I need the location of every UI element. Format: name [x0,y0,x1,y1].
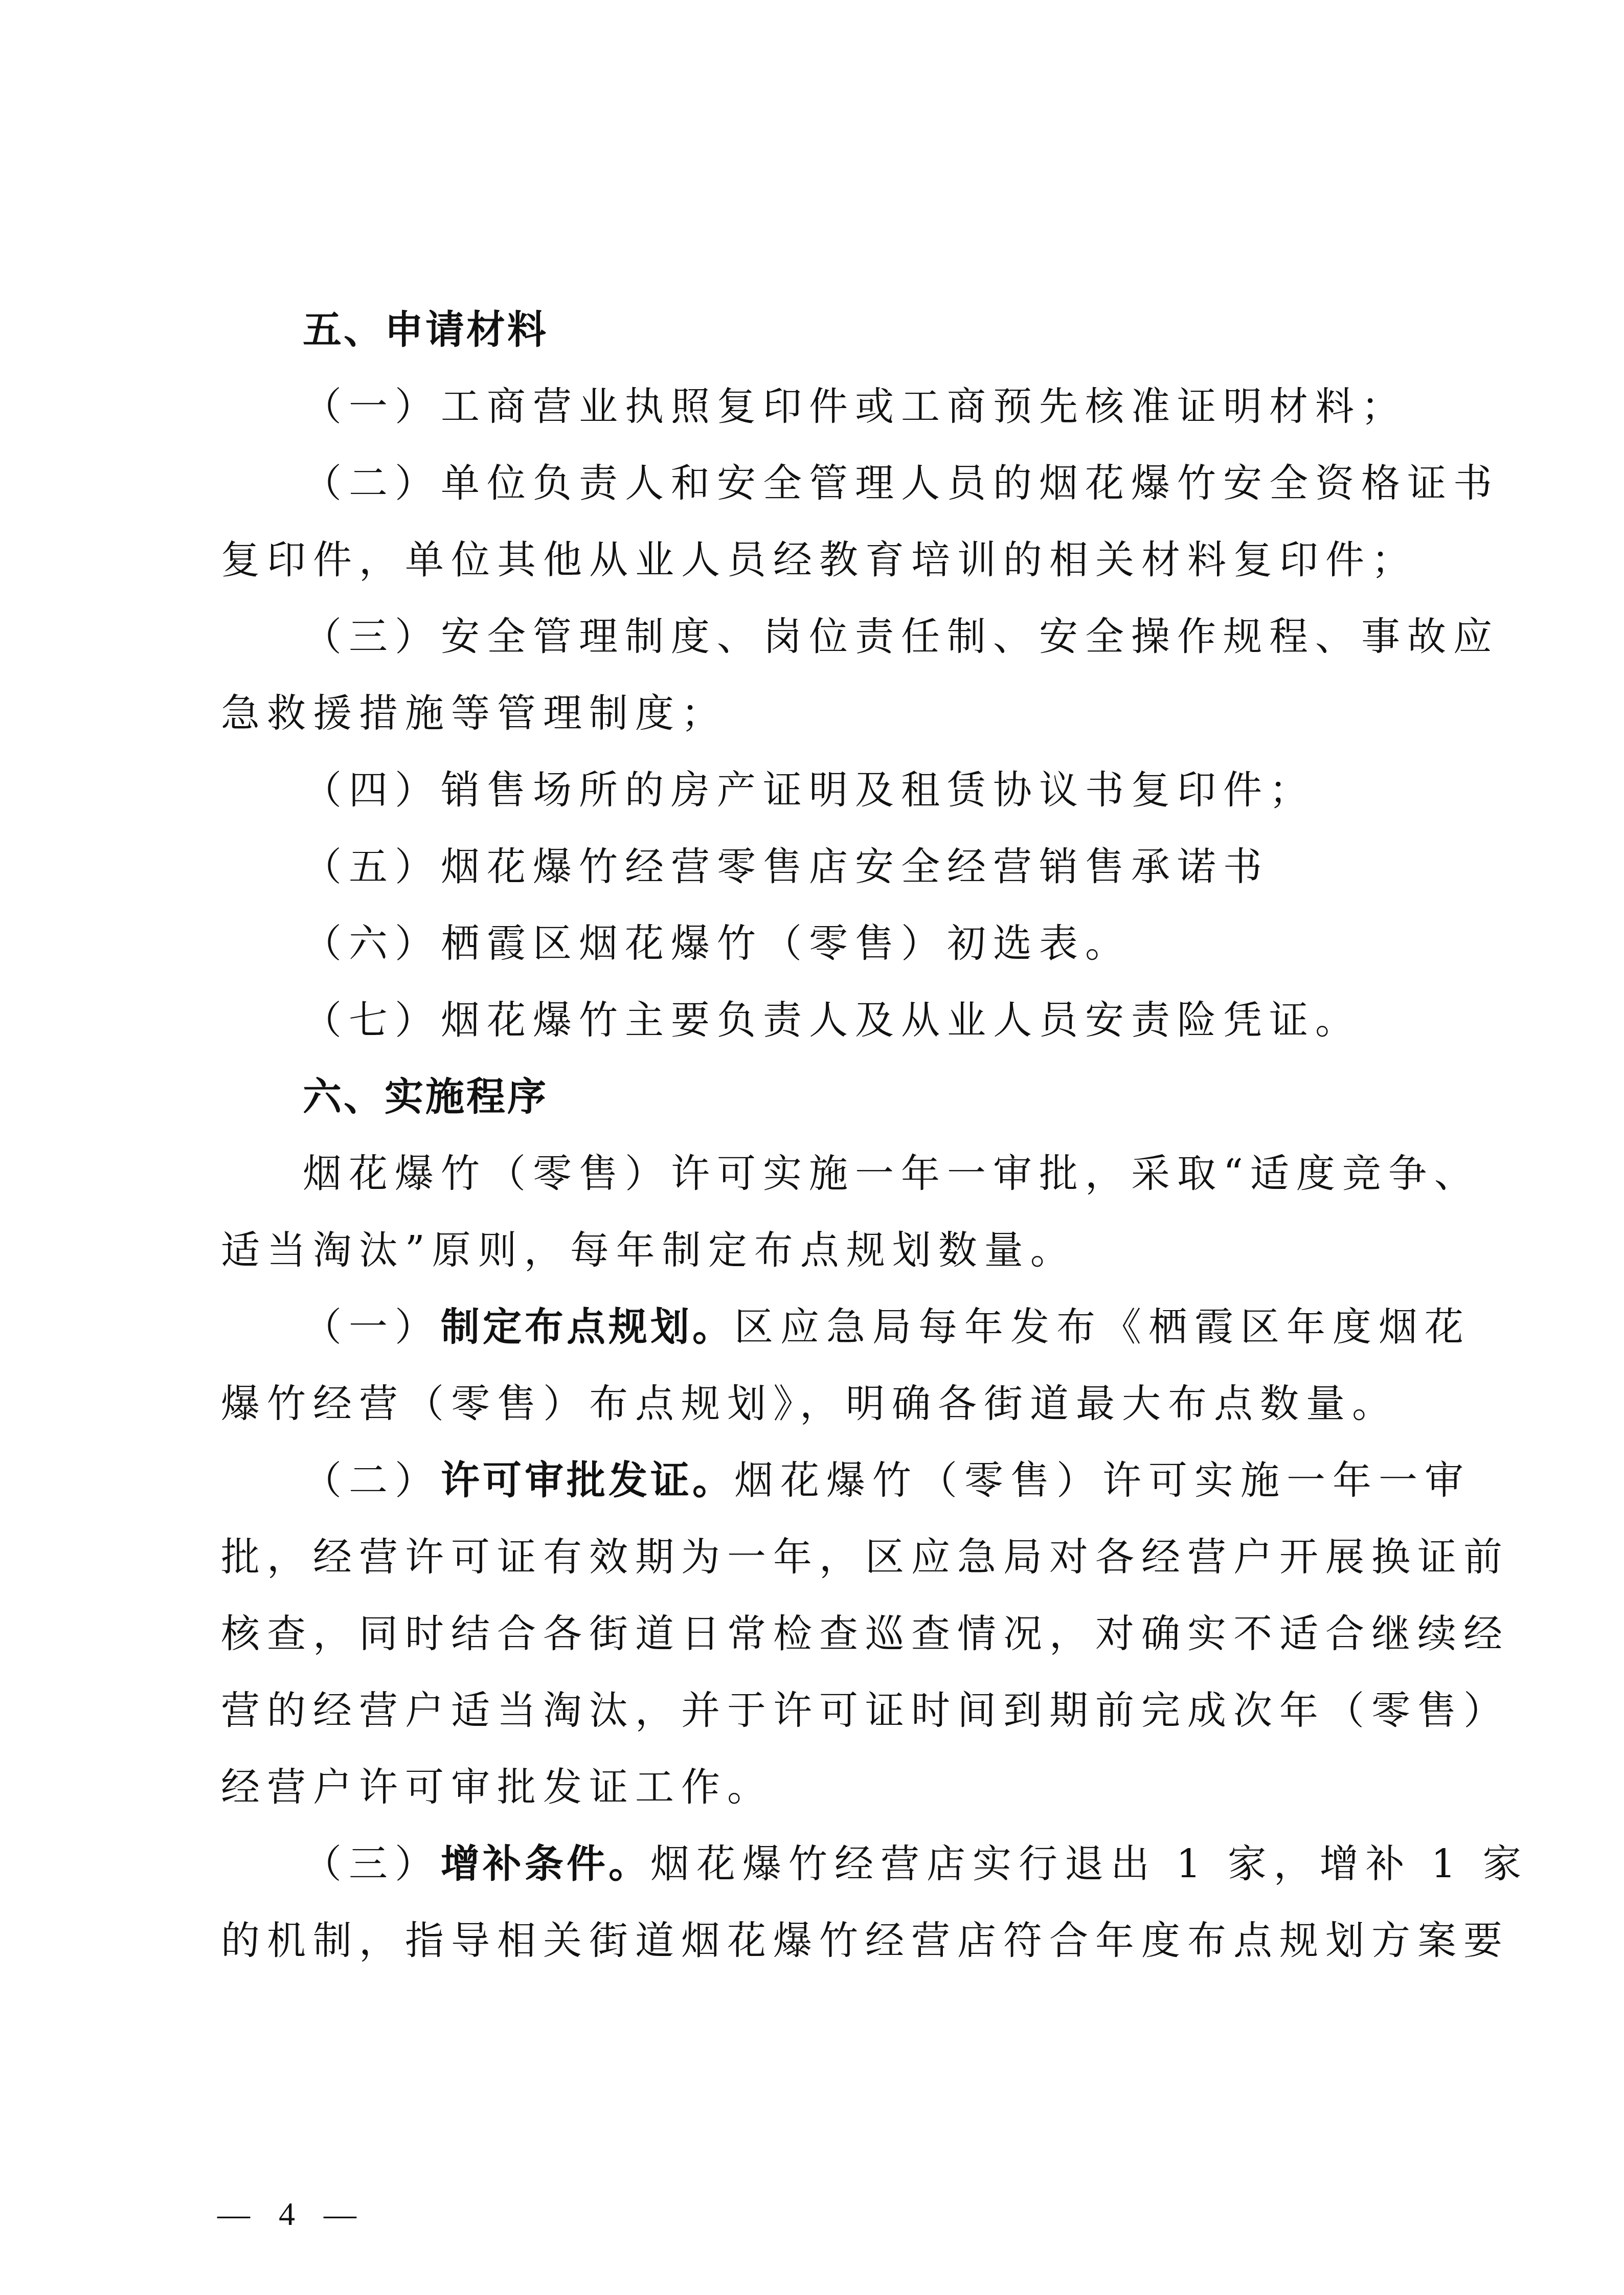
list-item: （二）单位负责人和安全管理人员的烟花爆竹安全资格证书 [303,458,1509,509]
subsection-text: 烟花爆竹经营店实行退出 1 家，增补 1 家 [650,1841,1528,1886]
subsection-label: （三） [303,1841,441,1886]
paragraph-line: 批，经营许可证有效期为一年，区应急局对各经营户开展换证前 [221,1532,1428,1583]
list-item: （四）销售场所的房产证明及租赁协议书复印件； [303,764,1509,816]
subsection-supplement: （三）增补条件。烟花爆竹经营店实行退出 1 家，增补 1 家 [303,1838,1509,1889]
list-item: （三）安全管理制度、岗位责任制、安全操作规程、事故应 [303,611,1509,662]
subsection-label: （二） [303,1457,441,1503]
section-heading-application-materials: 五、申请材料 [303,304,1509,355]
list-item-continuation: 急救援措施等管理制度； [221,688,1428,739]
subsection-text: 区应急局每年发布《栖霞区年度烟花 [734,1304,1471,1349]
list-item: （一）工商营业执照复印件或工商预先核准证明材料； [303,381,1509,432]
paragraph-line: 核查，同时结合各街道日常检查巡查情况，对确实不适合继续经 [221,1608,1428,1659]
paragraph-line: 爆竹经营（零售）布点规划》，明确各街道最大布点数量。 [221,1378,1428,1429]
subsection-keyword: 制定布点规划。 [441,1304,734,1349]
subsection-keyword: 许可审批发证。 [441,1457,734,1503]
document-page: 五、申请材料 （一）工商营业执照复印件或工商预先核准证明材料； （二）单位负责人… [0,0,1624,2295]
paragraph-line: 经营户许可审批发证工作。 [221,1762,1428,1813]
list-item: （七）烟花爆竹主要负责人及从业人员安责险凭证。 [303,995,1509,1046]
list-item: （五）烟花爆竹经营零售店安全经营销售承诺书 [303,841,1509,892]
paragraph-line: 适当淘汰”原则，每年制定布点规划数量。 [221,1225,1428,1276]
subsection-text: 烟花爆竹（零售）许可实施一年一审 [734,1457,1471,1503]
paragraph-line: 烟花爆竹（零售）许可实施一年一审批，采取“适度竞争、 [303,1148,1509,1199]
list-item-continuation: 复印件，单位其他从业人员经教育培训的相关材料复印件； [221,534,1428,586]
paragraph-line: 的机制，指导相关街道烟花爆竹经营店符合年度布点规划方案要 [221,1915,1428,1966]
paragraph-line: 营的经营户适当淘汰，并于许可证时间到期前完成次年（零售） [221,1685,1428,1736]
section-heading-procedure: 六、实施程序 [303,1071,1509,1122]
page-number: — 4 — [217,2194,367,2235]
subsection-approval: （二）许可审批发证。烟花爆竹（零售）许可实施一年一审 [303,1455,1509,1506]
subsection-planning: （一）制定布点规划。区应急局每年发布《栖霞区年度烟花 [303,1301,1509,1353]
subsection-label: （一） [303,1304,441,1349]
list-item: （六）栖霞区烟花爆竹（零售）初选表。 [303,918,1509,969]
subsection-keyword: 增补条件。 [441,1841,650,1886]
